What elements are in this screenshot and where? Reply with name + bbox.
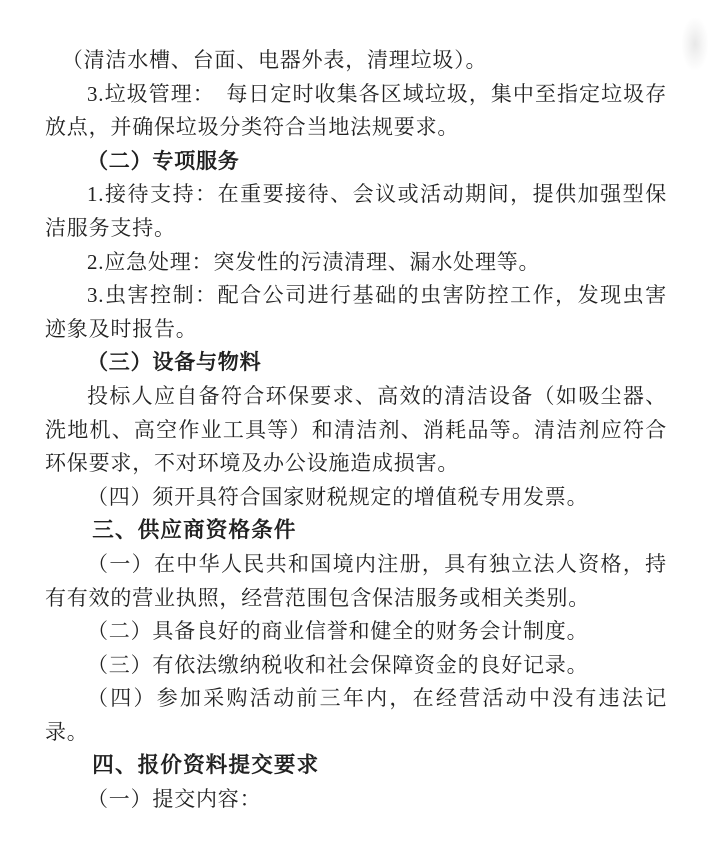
para-item-2-emergency-handling: 2.应急处理：突发性的污渍清理、漏水处理等。 <box>45 246 667 280</box>
document-page: （清洁水槽、台面、电器外表，清理垃圾）。 3.垃圾管理： 每日定时收集各区域垃圾… <box>0 0 710 844</box>
para-item-1-reception-support: 1.接待支持：在重要接待、会议或活动期间，提供加强型保洁服务支持。 <box>45 178 667 245</box>
subheading-2-special-services: （二）专项服务 <box>45 145 667 179</box>
para-item-3-waste-management: 3.垃圾管理： 每日定时收集各区域垃圾，集中至指定垃圾存放点，并确保垃圾分类符合… <box>45 78 667 145</box>
para-item-3-pest-control: 3.虫害控制：配合公司进行基础的虫害防控工作，发现虫害迹象及时报告。 <box>45 279 667 346</box>
document-text-block: （清洁水槽、台面、电器外表，清理垃圾）。 3.垃圾管理： 每日定时收集各区域垃圾… <box>45 44 667 817</box>
para-item-2-reputation-finance: （二）具备良好的商业信誉和健全的财务会计制度。 <box>45 615 667 649</box>
subheading-3-equipment-materials: （三）设备与物料 <box>45 346 667 380</box>
para-equipment-requirements: 投标人应自备符合环保要求、高效的清洁设备（如吸尘器、洗地机、高空作业工具等）和清… <box>45 380 667 481</box>
scan-smudge-artifact <box>682 18 708 70</box>
para-item-4-vat-invoice: （四）须开具符合国家财税规定的增值税专用发票。 <box>45 481 667 515</box>
heading-section-4-quotation-submission: 四、报价资料提交要求 <box>45 749 667 783</box>
heading-section-3-supplier-qualifications: 三、供应商资格条件 <box>45 514 667 548</box>
para-item-3-tax-social-security: （三）有依法缴纳税收和社会保障资金的良好记录。 <box>45 649 667 683</box>
para-item-1-registration: （一）在中华人民共和国境内注册，具有独立法人资格，持有有效的营业执照，经营范围包… <box>45 548 667 615</box>
para-item-1-submission-content: （一）提交内容： <box>45 783 667 817</box>
para-cleaning-scope-continuation: （清洁水槽、台面、电器外表，清理垃圾）。 <box>45 44 667 78</box>
para-item-4-no-violations: （四）参加采购活动前三年内，在经营活动中没有违法记录。 <box>45 682 667 749</box>
